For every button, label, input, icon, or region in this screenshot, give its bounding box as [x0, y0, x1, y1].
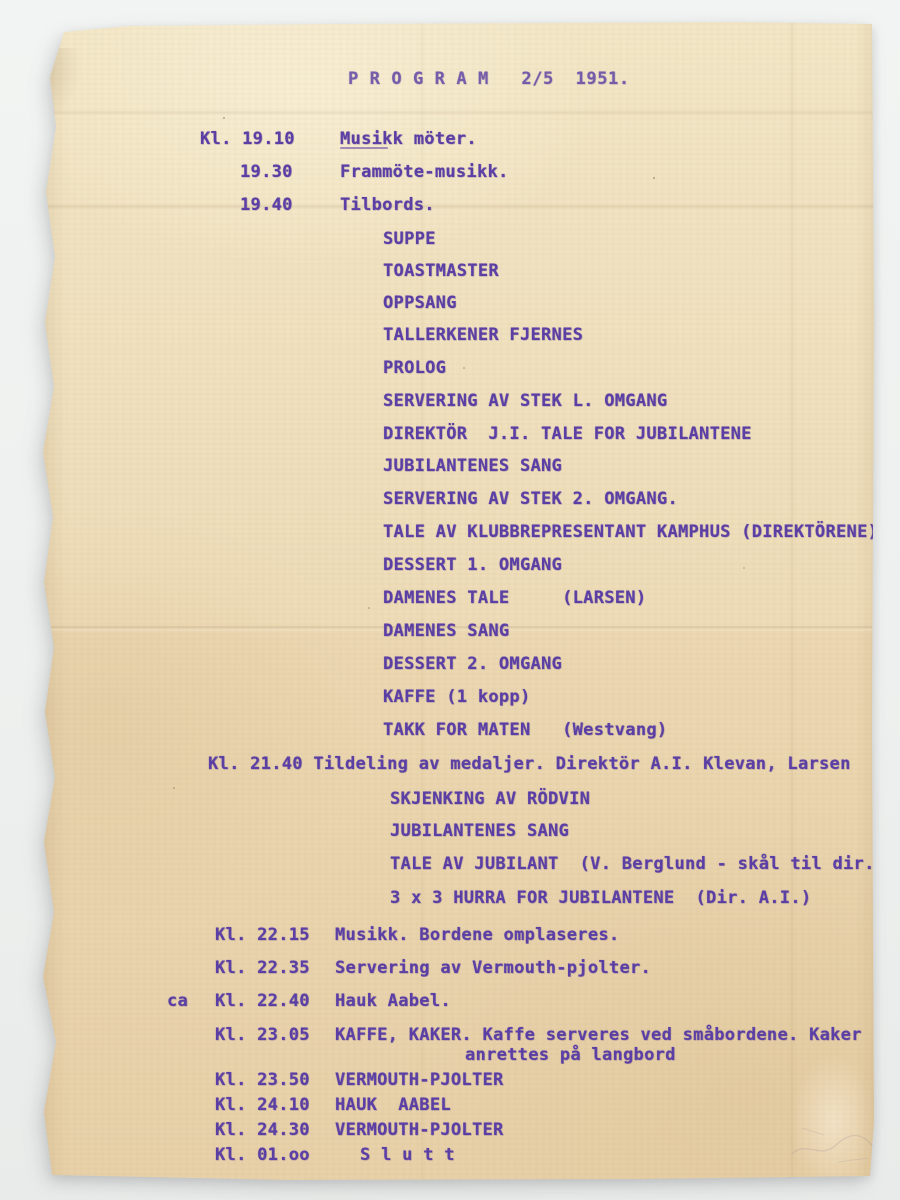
row-time: Kl. 01.oo — [215, 1144, 310, 1166]
row-text: SERVERING AV STEK 2. OMGANG. — [383, 488, 678, 510]
corner-fold-shadow — [40, 48, 92, 138]
row-text: SKJENKING AV RÖDVIN — [390, 788, 590, 810]
row-text: TOASTMASTER — [383, 260, 499, 282]
row-time: Kl. 23.50 — [215, 1069, 310, 1091]
row-text: Kl. 21.40 Tildeling av medaljer. Direktö… — [208, 753, 851, 775]
row-time: Kl. 23.05 — [215, 1024, 310, 1046]
fold-crease-horizontal-1 — [38, 110, 874, 115]
row-text: 3 x 3 HURRA FOR JUBILANTENE (Dir. A.I.) — [390, 887, 811, 909]
row-text: PROLOG — [383, 357, 446, 379]
schedule-row: SKJENKING AV RÖDVIN — [38, 788, 874, 812]
schedule-row: Kl. 24.10 HAUK AABEL — [38, 1094, 874, 1118]
row-text: Hauk Aabel. — [335, 990, 451, 1012]
schedule-row: ca Kl. 22.40 Hauk Aabel. — [38, 990, 874, 1014]
row-text: VERMOUTH-PJOLTER — [335, 1119, 504, 1141]
row-text-continuation: anrettes på langbord — [465, 1044, 676, 1066]
row-text: S l u t t — [360, 1144, 455, 1166]
schedule-row: Kl. 22.35 Servering av Vermouth-pjolter. — [38, 957, 874, 981]
schedule-row: Kl. 23.50 VERMOUTH-PJOLTER — [38, 1069, 874, 1093]
schedule-row: Kl. 21.40 Tildeling av medaljer. Direktö… — [38, 753, 874, 777]
schedule-row: Kl. 19.10 Musikk möter. — [38, 128, 874, 152]
row-text: VERMOUTH-PJOLTER — [335, 1069, 504, 1091]
schedule-row: TALE AV JUBILANT (V. Berglund - skål til… — [38, 853, 874, 877]
ink-underline-mark — [340, 147, 388, 149]
program-title-row: P R O G R A M 2/5 1951. — [38, 68, 874, 92]
schedule-row: TALE AV KLUBBREPRESENTANT KAMPHUS (DIREK… — [38, 521, 874, 545]
row-time: Kl. 22.15 — [215, 924, 310, 946]
schedule-row: DESSERT 2. OMGANG — [38, 653, 874, 677]
schedule-row: SUPPE — [38, 228, 874, 252]
schedule-row: DESSERT 1. OMGANG — [38, 554, 874, 578]
row-time: Kl. 24.30 — [215, 1119, 310, 1141]
schedule-row: JUBILANTENES SANG — [38, 455, 874, 479]
schedule-row: 3 x 3 HURRA FOR JUBILANTENE (Dir. A.I.) — [38, 887, 874, 911]
row-text: TALLERKENER FJERNES — [383, 324, 583, 346]
schedule-row: SERVERING AV STEK 2. OMGANG. — [38, 488, 874, 512]
row-time: Kl. 22.40 — [215, 990, 310, 1012]
schedule-row: OPPSANG — [38, 292, 874, 316]
row-text: SERVERING AV STEK L. OMGANG — [383, 390, 667, 412]
schedule-row: TAKK FOR MATEN (Westvang) — [38, 719, 874, 743]
row-text: DAMENES TALE (LARSEN) — [383, 587, 646, 609]
row-text: DIREKTÖR J.I. TALE FOR JUBILANTENE — [383, 423, 752, 445]
schedule-row: Kl. 01.oo S l u t t — [38, 1144, 874, 1168]
row-text: Servering av Vermouth-pjolter. — [335, 957, 651, 979]
row-text: DESSERT 1. OMGANG — [383, 554, 562, 576]
schedule-row: PROLOG — [38, 357, 874, 381]
row-text: SUPPE — [383, 228, 436, 250]
row-text: KAFFE (1 kopp) — [383, 686, 531, 708]
schedule-row: Kl. 24.30 VERMOUTH-PJOLTER — [38, 1119, 874, 1143]
schedule-row: Kl. 23.05 KAFFE, KAKER. Kaffe serveres v… — [38, 1024, 874, 1068]
ink-speckles — [38, 22, 40, 24]
row-text: JUBILANTENES SANG — [383, 455, 562, 477]
row-text: KAFFE, KAKER. Kaffe serveres ved småbord… — [335, 1024, 862, 1046]
row-time: 19.40 — [240, 194, 293, 216]
page-title: P R O G R A M 2/5 1951. — [348, 68, 630, 90]
schedule-row: DAMENES TALE (LARSEN) — [38, 587, 874, 611]
row-text: TALE AV JUBILANT (V. Berglund - skål til… — [390, 853, 885, 875]
schedule-row: 19.40 Tilbords. — [38, 194, 874, 218]
scan-background: P R O G R A M 2/5 1951. Kl. 19.10 Musikk… — [0, 0, 900, 1200]
schedule-row: DIREKTÖR J.I. TALE FOR JUBILANTENE — [38, 423, 874, 447]
row-time: Kl. 22.35 — [215, 957, 310, 979]
row-time: Kl. 19.10 — [200, 128, 295, 150]
row-text: Frammöte-musikk. — [340, 161, 509, 183]
row-text: TAKK FOR MATEN (Westvang) — [383, 719, 667, 741]
schedule-row: TOASTMASTER — [38, 260, 874, 284]
schedule-row: 19.30 Frammöte-musikk. — [38, 161, 874, 185]
row-text: Tilbords. — [340, 194, 435, 216]
pencil-scribble-mark — [786, 1114, 882, 1170]
paper-sheet: P R O G R A M 2/5 1951. Kl. 19.10 Musikk… — [38, 22, 874, 1180]
row-text: DESSERT 2. OMGANG — [383, 653, 562, 675]
row-text: OPPSANG — [383, 292, 457, 314]
schedule-row: Kl. 22.15 Musikk. Bordene omplaseres. — [38, 924, 874, 948]
row-time: Kl. 24.10 — [215, 1094, 310, 1116]
row-time: 19.30 — [240, 161, 293, 183]
schedule-row: JUBILANTENES SANG — [38, 820, 874, 844]
row-text: JUBILANTENES SANG — [390, 820, 569, 842]
schedule-row: TALLERKENER FJERNES — [38, 324, 874, 348]
row-text: DAMENES SANG — [383, 620, 509, 642]
row-prefix: ca — [167, 990, 188, 1012]
schedule-row: KAFFE (1 kopp) — [38, 686, 874, 710]
schedule-row: SERVERING AV STEK L. OMGANG — [38, 390, 874, 414]
row-text: HAUK AABEL — [335, 1094, 451, 1116]
row-text: TALE AV KLUBBREPRESENTANT KAMPHUS (DIREK… — [383, 521, 878, 543]
row-text: Musikk. Bordene omplaseres. — [335, 924, 619, 946]
schedule-row: DAMENES SANG — [38, 620, 874, 644]
